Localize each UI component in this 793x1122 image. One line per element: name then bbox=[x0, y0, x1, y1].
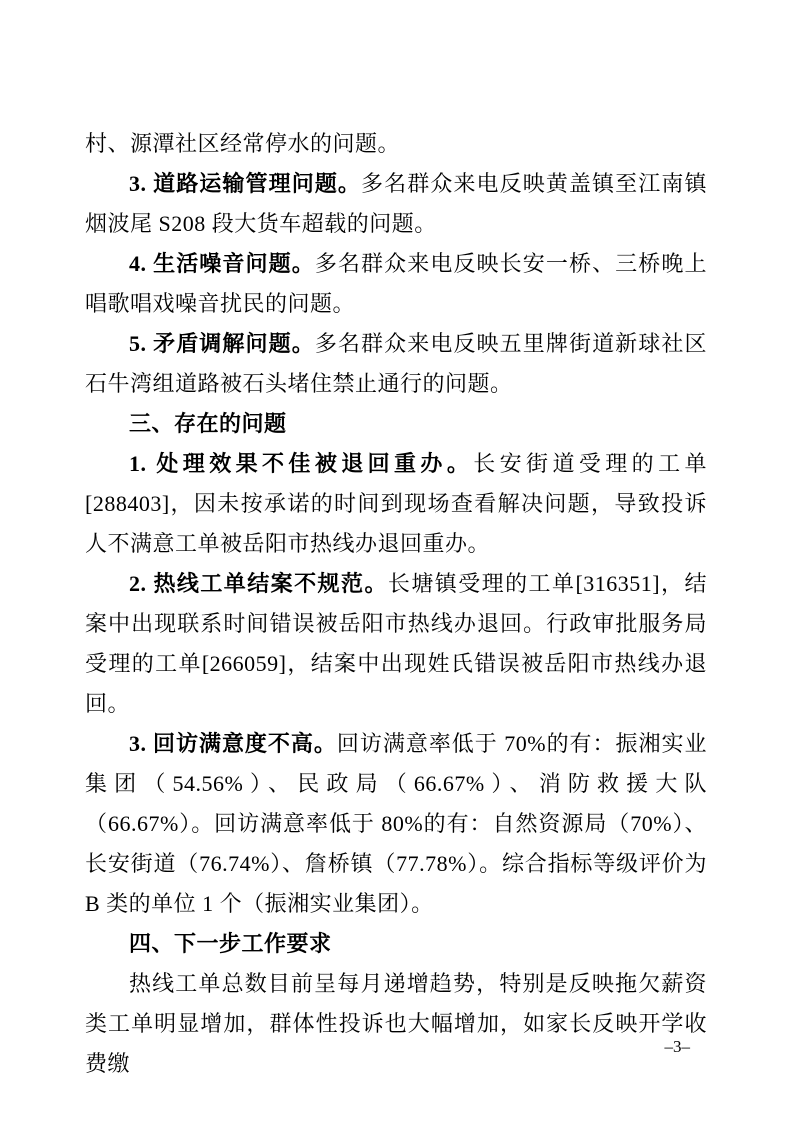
section-heading-existing-problems: 三、存在的问题 bbox=[85, 404, 707, 444]
paragraph-life-noise: 4. 生活噪音问题。多名群众来电反映长安一桥、三桥晚上唱歌唱戏噪音扰民的问题。 bbox=[85, 244, 707, 324]
paragraph-problem-redo: 1. 处理效果不佳被退回重办。长安街道受理的工单[288403]，因未按承诺的时… bbox=[85, 444, 707, 564]
document-page: 村、源潭社区经常停水的问题。 3. 道路运输管理问题。多名群众来电反映黄盖镇至江… bbox=[0, 0, 793, 1122]
paragraph-lead: 3. 回访满意度不高。 bbox=[129, 731, 337, 756]
paragraph-text: 回访满意率低于 70%的有：振湘实业集团（54.56%）、民政局（66.67%）… bbox=[85, 731, 707, 916]
paragraph-dispute-mediation: 5. 矛盾调解问题。多名群众来电反映五里牌街道新球社区石牛湾组道路被石头堵住禁止… bbox=[85, 324, 707, 404]
paragraph-water-supply-continuation: 村、源潭社区经常停水的问题。 bbox=[85, 124, 707, 164]
paragraph-next-steps: 热线工单总数目前呈每月递增趋势，特别是反映拖欠薪资类工单明显增加，群体性投诉也大… bbox=[85, 964, 707, 1084]
paragraph-problem-closing-irregular: 2. 热线工单结案不规范。长塘镇受理的工单[316351]，结案中出现联系时间错… bbox=[85, 564, 707, 724]
paragraph-lead: 2. 热线工单结案不规范。 bbox=[129, 571, 388, 596]
paragraph-road-transport: 3. 道路运输管理问题。多名群众来电反映黄盖镇至江南镇烟波尾 S208 段大货车… bbox=[85, 164, 707, 244]
paragraph-problem-satisfaction-low: 3. 回访满意度不高。回访满意率低于 70%的有：振湘实业集团（54.56%）、… bbox=[85, 724, 707, 924]
paragraph-lead: 4. 生活噪音问题。 bbox=[129, 251, 315, 276]
paragraph-lead: 3. 道路运输管理问题。 bbox=[129, 171, 361, 196]
paragraph-lead: 1. 处理效果不佳被退回重办。 bbox=[129, 451, 473, 476]
page-number: –3– bbox=[665, 1036, 691, 1058]
paragraph-text: 热线工单总数目前呈每月递增趋势，特别是反映拖欠薪资类工单明显增加，群体性投诉也大… bbox=[85, 971, 707, 1076]
document-body: 村、源潭社区经常停水的问题。 3. 道路运输管理问题。多名群众来电反映黄盖镇至江… bbox=[85, 124, 707, 1084]
paragraph-lead: 5. 矛盾调解问题。 bbox=[129, 331, 315, 356]
section-heading-next-steps: 四、下一步工作要求 bbox=[85, 924, 707, 964]
paragraph-text: 村、源潭社区经常停水的问题。 bbox=[85, 131, 400, 156]
